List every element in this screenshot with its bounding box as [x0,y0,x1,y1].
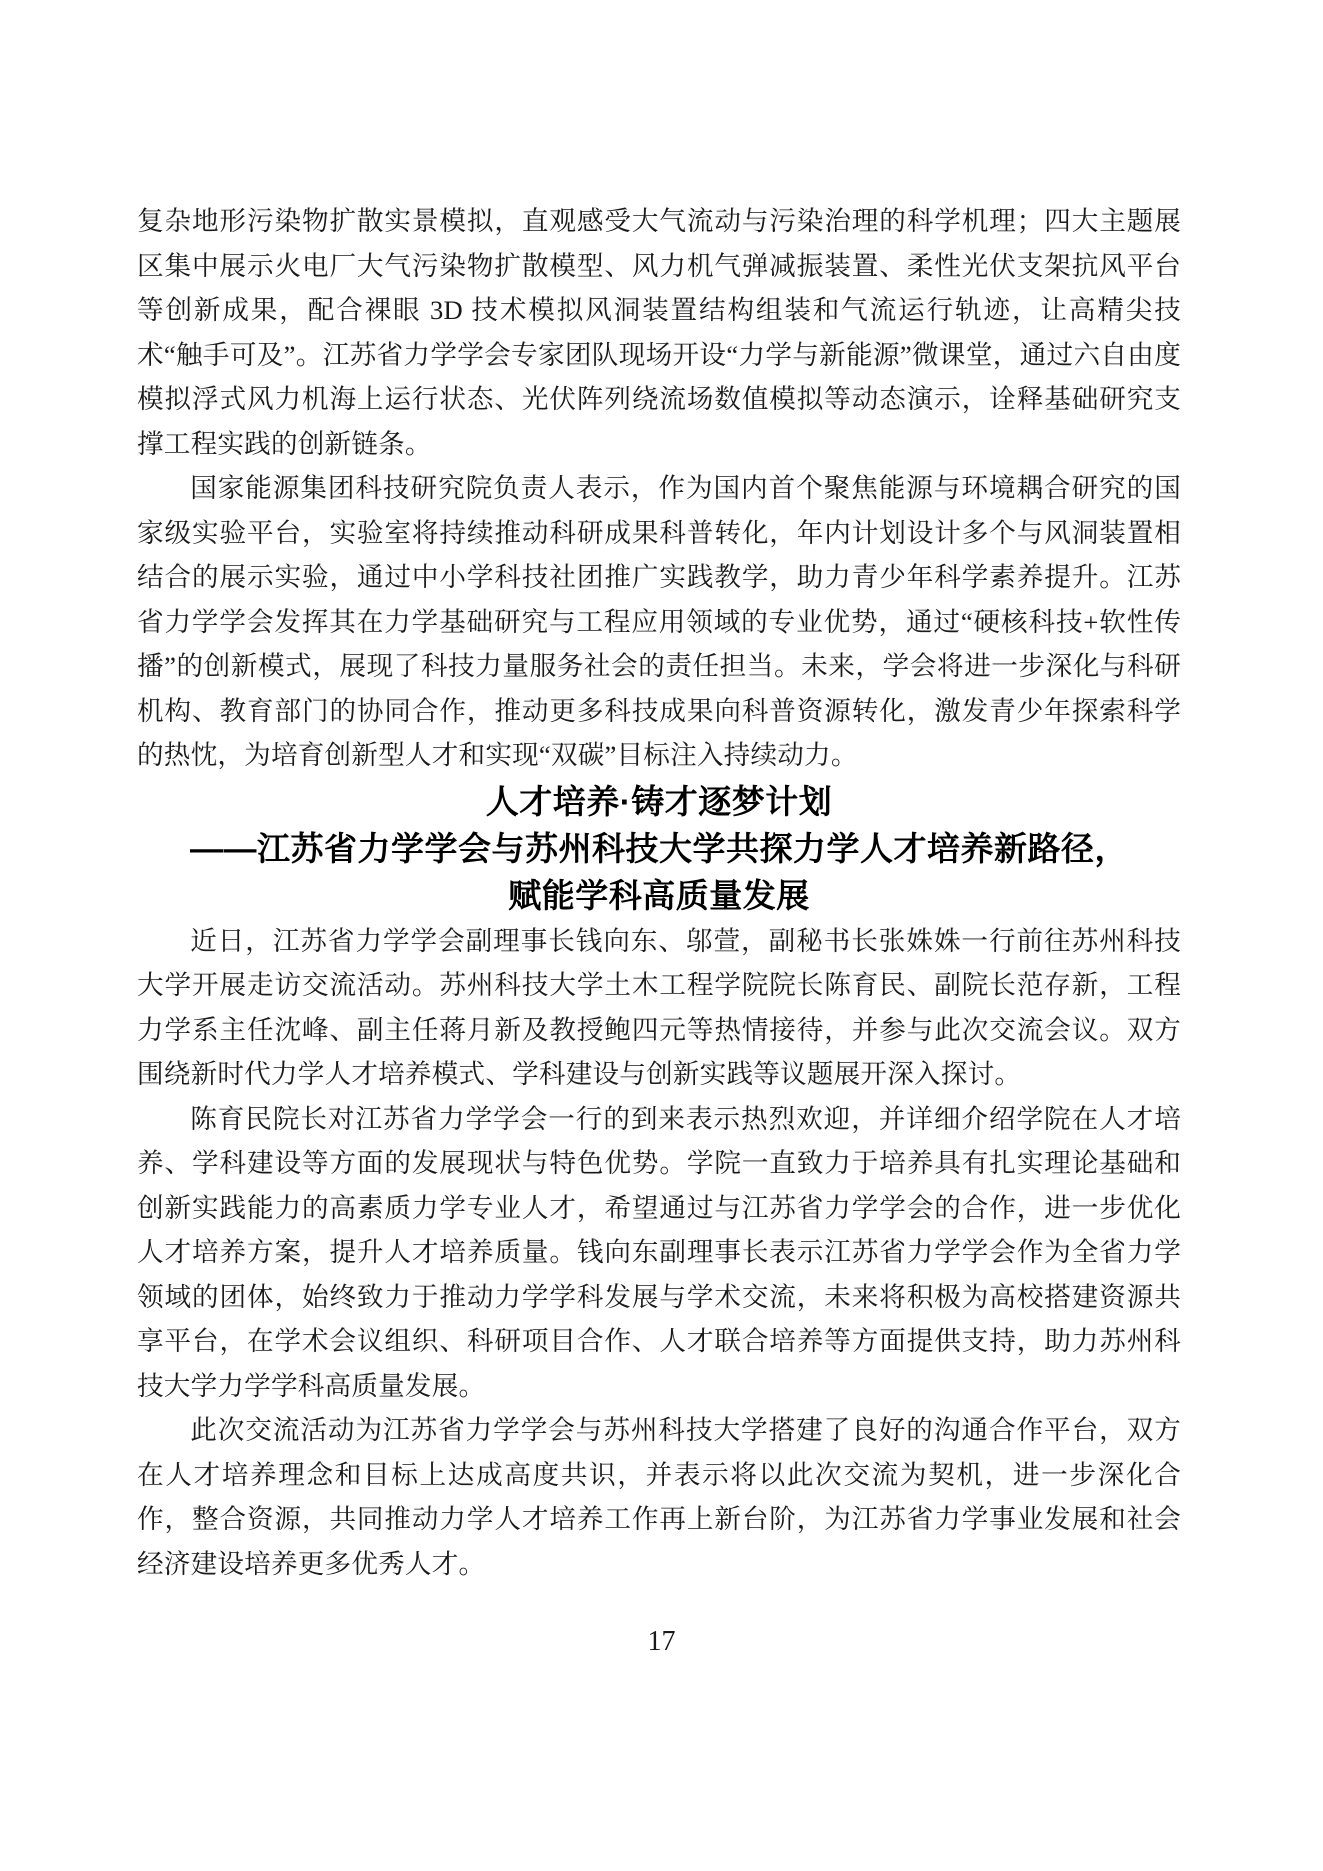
body-paragraph: 近日，江苏省力学学会副理事长钱向东、邬萱，副秘书长张姝姝一行前往苏州科技大学开展… [137,919,1181,1097]
body-paragraph: 此次交流活动为江苏省力学学会与苏州科技大学搭建了良好的沟通合作平台，双方在人才培… [137,1408,1181,1586]
document-page: 复杂地形污染物扩散实景模拟，直观感受大气流动与污染治理的科学机理；四大主题展区集… [0,0,1323,1871]
document-body: 复杂地形污染物扩散实景模拟，直观感受大气流动与污染治理的科学机理；四大主题展区集… [137,199,1181,1586]
section-title-line-1: 人才培养·铸才逐梦计划 [137,778,1181,825]
body-paragraph: 国家能源集团科技研究院负责人表示，作为国内首个聚焦能源与环境耦合研究的国家级实验… [137,466,1181,778]
section-title-line-3: 赋能学科高质量发展 [137,872,1181,919]
page-number: 17 [0,1626,1323,1658]
body-paragraph-continuation: 复杂地形污染物扩散实景模拟，直观感受大气流动与污染治理的科学机理；四大主题展区集… [137,199,1181,466]
body-paragraph: 陈育民院长对江苏省力学学会一行的到来表示热烈欢迎，并详细介绍学院在人才培养、学科… [137,1097,1181,1409]
section-title-line-2: ——江苏省力学学会与苏州科技大学共探力学人才培养新路径， [137,825,1181,872]
